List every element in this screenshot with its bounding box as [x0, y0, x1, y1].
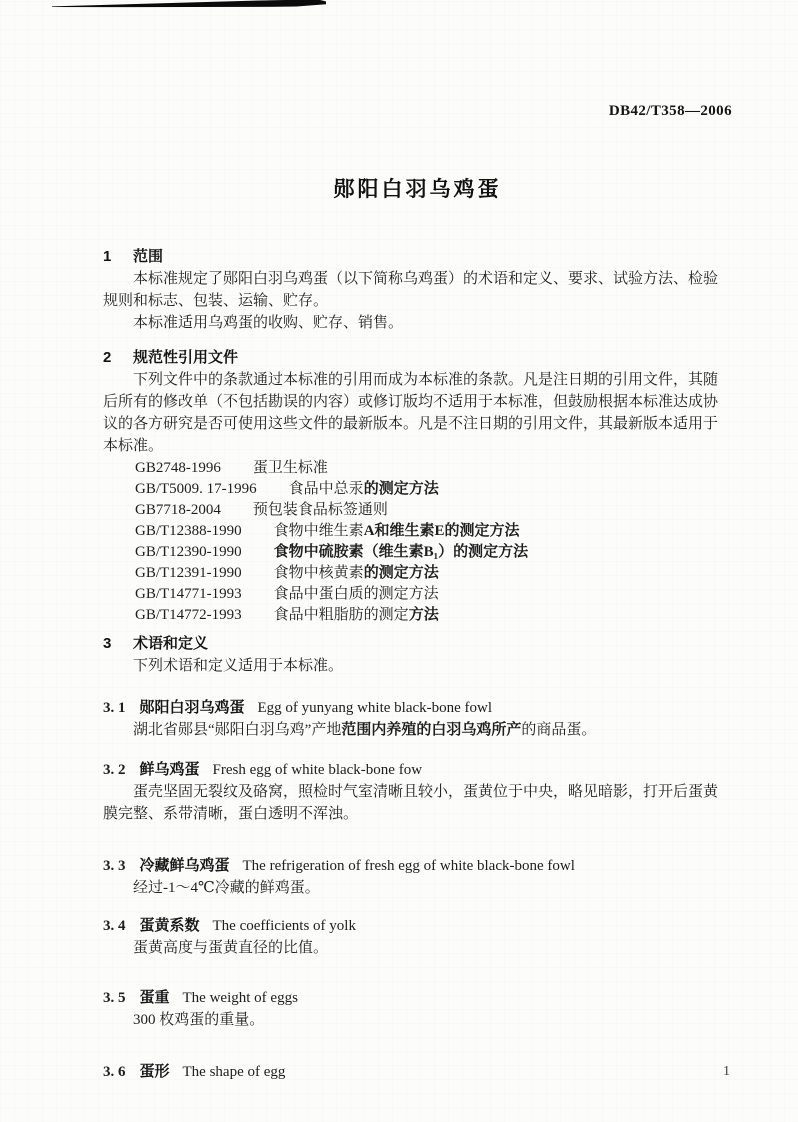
reference-code: GB/T12388-1990 [135, 523, 242, 539]
term-definition-text: 300 枚鸡蛋的重量。 [133, 1012, 264, 1028]
term-definition-text: 蛋黄高度与蛋黄直径的比值。 [133, 940, 328, 956]
reference-code: GB/T12390-1990 [135, 544, 242, 560]
reference-code: GB/T5009. 17-1996 [135, 481, 257, 497]
section-2-number: 2 [103, 347, 117, 369]
reference-title: 蛋卫生标准 [253, 460, 328, 476]
reference-list: GB2748-1996蛋卫生标准 GB/T5009. 17-1996食品中总汞的… [135, 458, 732, 626]
term-definition: 湖北省郧县“郧阳白羽乌鸡”产地范围内养殖的白羽乌鸡所产的商品蛋。 [103, 719, 732, 741]
section-1-title: 范围 [133, 248, 163, 265]
term-heading: 3. 2鲜乌鸡蛋Fresh egg of white black-bone fo… [103, 759, 732, 781]
reference-title: 食品中总汞 [289, 481, 364, 497]
section-3-number: 3 [103, 633, 117, 655]
reference-item: GB/T5009. 17-1996食品中总汞的测定方法 [135, 479, 732, 500]
terms-intro: 下列术语和定义适用于本标准。 [103, 655, 732, 677]
section-1-heading: 1范围 [103, 246, 732, 268]
term-name-zh: 蛋形 [140, 1063, 170, 1080]
term-definition: 300 枚鸡蛋的重量。 [103, 1009, 732, 1031]
scope-paragraph-1: 本标准规定了郧阳白羽乌鸡蛋（以下简称乌鸡蛋）的术语和定义、要求、试验方法、检验规… [103, 268, 732, 312]
term-name-en: The weight of eggs [183, 990, 298, 1006]
reference-title-bold: 食物中硫胺素（维生素B₁）的测定方法 [274, 544, 529, 560]
term-definition-text: 蛋壳坚固无裂纹及硌窝，照检时气室清晰且较小，蛋黄位于中央，略见暗影，打开后蛋黄膜… [103, 784, 718, 822]
term-3-6: 3. 6蛋形The shape of egg [103, 1061, 732, 1083]
reference-title: 食品中粗脂肪的测定 [274, 607, 409, 623]
reference-item: GB/T14772-1993食品中粗脂肪的测定方法 [135, 605, 732, 626]
reference-title-bold: A和维生素E的测定方法 [364, 523, 520, 539]
reference-item: GB/T12388-1990食物中维生素A和维生素E的测定方法 [135, 521, 732, 542]
reference-item: GB/T12390-1990食物中硫胺素（维生素B₁）的测定方法 [135, 542, 732, 563]
page-number: 1 [723, 1064, 730, 1080]
term-heading: 3. 6蛋形The shape of egg [103, 1061, 732, 1083]
reference-title: 食品中蛋白质的测定方法 [274, 586, 439, 602]
term-3-2: 3. 2鲜乌鸡蛋Fresh egg of white black-bone fo… [103, 759, 732, 825]
section-2-title: 规范性引用文件 [133, 349, 238, 366]
term-number: 3. 1 [103, 700, 126, 716]
term-3-3: 3. 3冷藏鲜乌鸡蛋The refrigeration of fresh egg… [103, 855, 732, 899]
term-name-zh: 冷藏鲜乌鸡蛋 [140, 857, 230, 874]
term-3-4: 3. 4蛋黄系数The coefficients of yolk 蛋黄高度与蛋黄… [103, 915, 732, 959]
document-page: DB42/T358—2006 郧阳白羽乌鸡蛋 1范围 本标准规定了郧阳白羽乌鸡蛋… [0, 0, 798, 1122]
term-number: 3. 5 [103, 990, 126, 1006]
scope-paragraph-2: 本标准适用乌鸡蛋的收购、贮存、销售。 [103, 312, 732, 334]
term-number: 3. 2 [103, 762, 126, 778]
term-definition-bold: 范围内养殖的白羽乌鸡所产 [341, 722, 521, 738]
standard-number: DB42/T358—2006 [609, 103, 732, 120]
reference-title-bold: 方法 [409, 607, 439, 623]
section-3-title: 术语和定义 [133, 635, 208, 652]
term-3-1: 3. 1郧阳白羽乌鸡蛋Egg of yunyang white black-bo… [103, 697, 732, 741]
reference-title: 食物中核黄素 [274, 565, 364, 581]
term-name-zh: 蛋黄系数 [140, 917, 200, 934]
document-title: 郧阳白羽乌鸡蛋 [103, 178, 732, 202]
term-name-en: The coefficients of yolk [213, 918, 356, 934]
term-definition: 经过-1～4℃冷藏的鲜鸡蛋。 [103, 877, 732, 899]
term-definition-text: 湖北省郧县“郧阳白羽乌鸡”产地 [133, 722, 341, 738]
term-heading: 3. 5蛋重The weight of eggs [103, 987, 732, 1009]
reference-title: 食物中维生素 [274, 523, 364, 539]
reference-item: GB/T14771-1993食品中蛋白质的测定方法 [135, 584, 732, 605]
reference-code: GB2748-1996 [135, 460, 221, 476]
term-3-5: 3. 5蛋重The weight of eggs 300 枚鸡蛋的重量。 [103, 987, 732, 1031]
term-number: 3. 6 [103, 1064, 126, 1080]
reference-item: GB/T12391-1990食物中核黄素的测定方法 [135, 563, 732, 584]
reference-code: GB7718-2004 [135, 502, 221, 518]
term-heading: 3. 3冷藏鲜乌鸡蛋The refrigeration of fresh egg… [103, 855, 732, 877]
section-2-heading: 2规范性引用文件 [103, 347, 732, 369]
section-3-heading: 3术语和定义 [103, 633, 732, 655]
term-heading: 3. 1郧阳白羽乌鸡蛋Egg of yunyang white black-bo… [103, 697, 732, 719]
reference-title-bold: 的测定方法 [364, 565, 439, 581]
reference-item: GB2748-1996蛋卫生标准 [135, 458, 732, 479]
term-name-en: Egg of yunyang white black-bone fowl [258, 700, 493, 716]
reference-code: GB/T14771-1993 [135, 586, 242, 602]
term-name-zh: 蛋重 [140, 989, 170, 1006]
reference-code: GB/T14772-1993 [135, 607, 242, 623]
document-content: 郧阳白羽乌鸡蛋 1范围 本标准规定了郧阳白羽乌鸡蛋（以下简称乌鸡蛋）的术语和定义… [103, 170, 732, 1083]
term-number: 3. 4 [103, 918, 126, 934]
term-definition-text: 经过-1～4℃冷藏的鲜鸡蛋。 [133, 880, 320, 896]
term-definition-text: 的商品蛋。 [521, 722, 596, 738]
reference-item: GB7718-2004预包装食品标签通则 [135, 500, 732, 521]
term-definition: 蛋壳坚固无裂纹及硌窝，照检时气室清晰且较小，蛋黄位于中央，略见暗影，打开后蛋黄膜… [103, 781, 732, 825]
term-definition: 蛋黄高度与蛋黄直径的比值。 [103, 937, 732, 959]
reference-title: 预包装食品标签通则 [253, 502, 388, 518]
term-number: 3. 3 [103, 858, 126, 874]
term-name-zh: 鲜乌鸡蛋 [140, 761, 200, 778]
normative-references-paragraph: 下列文件中的条款通过本标准的引用而成为本标准的条款。凡是注日期的引用文件，其随后… [103, 369, 732, 457]
scan-artifact-streak [52, 0, 326, 10]
term-name-zh: 郧阳白羽乌鸡蛋 [140, 699, 245, 716]
term-name-en: Fresh egg of white black-bone fow [213, 762, 423, 778]
term-name-en: The shape of egg [183, 1064, 286, 1080]
reference-code: GB/T12391-1990 [135, 565, 242, 581]
term-heading: 3. 4蛋黄系数The coefficients of yolk [103, 915, 732, 937]
term-name-en: The refrigeration of fresh egg of white … [243, 858, 575, 874]
section-1-number: 1 [103, 246, 117, 268]
reference-title-bold: 的测定方法 [364, 481, 439, 497]
